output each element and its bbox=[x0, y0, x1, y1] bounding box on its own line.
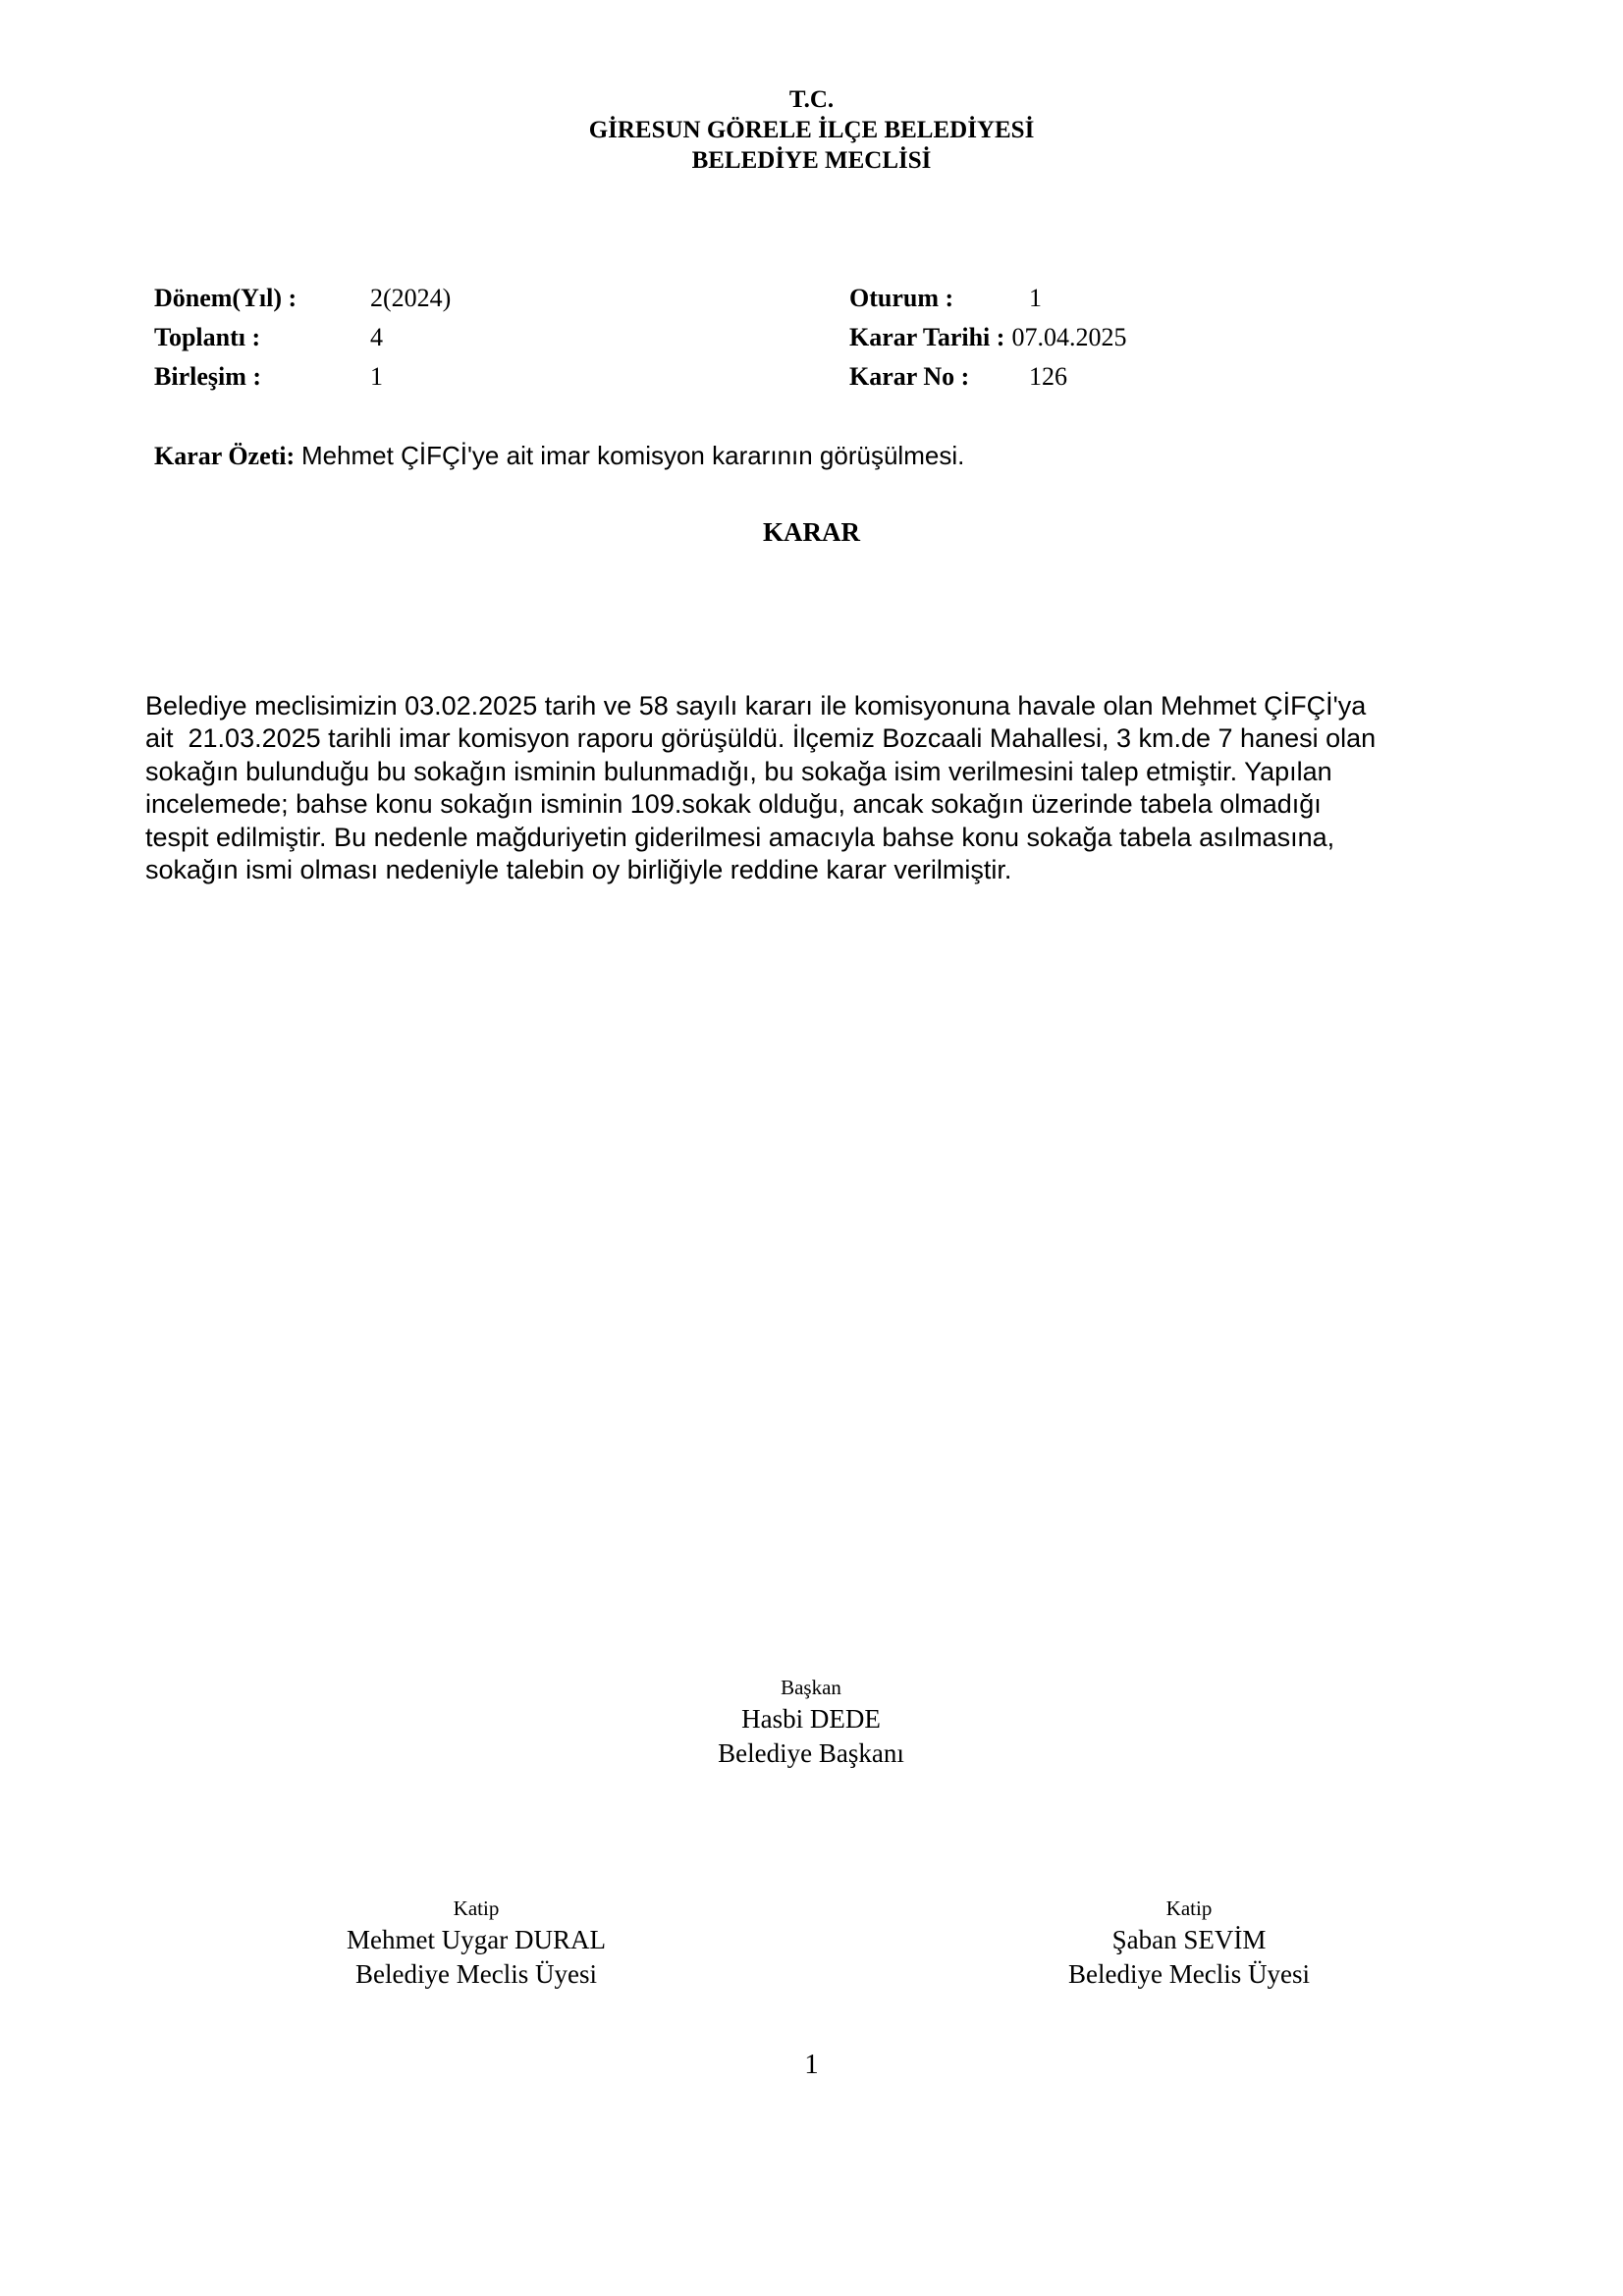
meta-value: 1 bbox=[370, 357, 383, 397]
meta-label: Birleşim : bbox=[154, 357, 370, 397]
meta-row-decision-date: Karar Tarihi : 07.04.2025 bbox=[849, 318, 1126, 357]
signature-title: Belediye Başkanı bbox=[615, 1736, 1007, 1771]
signature-role: Başkan bbox=[615, 1673, 1007, 1702]
summary-label: Karar Özeti: bbox=[154, 442, 295, 470]
body-line: incelemede; bahse konu sokağın isminin 1… bbox=[145, 788, 1520, 821]
signature-title: Belediye Meclis Üyesi bbox=[280, 1957, 673, 1992]
body-line: sokağın ismi olması nedeniyle talebin oy… bbox=[145, 854, 1520, 886]
signature-name: Şaban SEVİM bbox=[993, 1923, 1385, 1957]
page-number: 1 bbox=[0, 2047, 1623, 2082]
body-line: Belediye meclisimizin 03.02.2025 tarih v… bbox=[145, 690, 1520, 722]
decision-body: Belediye meclisimizin 03.02.2025 tarih v… bbox=[145, 690, 1520, 886]
meta-left-block: Dönem(Yıl) : 2(2024) Toplantı : 4 Birleş… bbox=[154, 279, 451, 397]
signature-name: Hasbi DEDE bbox=[615, 1702, 1007, 1736]
header-country: T.C. bbox=[0, 84, 1623, 115]
meta-label: Karar No : bbox=[849, 357, 1029, 397]
meta-value: 07.04.2025 bbox=[1011, 318, 1126, 357]
meta-label: Dönem(Yıl) : bbox=[154, 279, 370, 318]
header-council: BELEDİYE MECLİSİ bbox=[0, 145, 1623, 176]
decision-summary: Karar Özeti: Mehmet ÇİFÇİ'ye ait imar ko… bbox=[154, 438, 964, 474]
meta-row-session: Oturum : 1 bbox=[849, 279, 1126, 318]
meta-label: Toplantı : bbox=[154, 318, 370, 357]
meta-value: 2(2024) bbox=[370, 279, 451, 318]
meta-value: 4 bbox=[370, 318, 383, 357]
meta-value: 126 bbox=[1029, 357, 1067, 397]
meta-value: 1 bbox=[1029, 279, 1042, 318]
meta-row-meeting: Toplantı : 4 bbox=[154, 318, 451, 357]
meta-right-block: Oturum : 1 Karar Tarihi : 07.04.2025 Kar… bbox=[849, 279, 1126, 397]
body-line: ait 21.03.2025 tarihli imar komisyon rap… bbox=[145, 722, 1520, 755]
signature-clerk-right: Katip Şaban SEVİM Belediye Meclis Üyesi bbox=[993, 1894, 1385, 1992]
signature-name: Mehmet Uygar DURAL bbox=[280, 1923, 673, 1957]
signature-role: Katip bbox=[993, 1894, 1385, 1923]
signature-clerk-left: Katip Mehmet Uygar DURAL Belediye Meclis… bbox=[280, 1894, 673, 1992]
body-line: sokağın bulunduğu bu sokağın isminin bul… bbox=[145, 756, 1520, 788]
signature-title: Belediye Meclis Üyesi bbox=[993, 1957, 1385, 1992]
signature-role: Katip bbox=[280, 1894, 673, 1923]
meta-row-decision-number: Karar No : 126 bbox=[849, 357, 1126, 397]
document-header: T.C. GİRESUN GÖRELE İLÇE BELEDİYESİ BELE… bbox=[0, 84, 1623, 176]
summary-text: Mehmet ÇİFÇİ'ye ait imar komisyon kararı… bbox=[301, 441, 964, 470]
body-line: tespit edilmiştir. Bu nedenle mağduriyet… bbox=[145, 822, 1520, 854]
meta-label: Karar Tarihi : bbox=[849, 318, 1004, 357]
meta-row-period: Dönem(Yıl) : 2(2024) bbox=[154, 279, 451, 318]
decision-title: KARAR bbox=[0, 514, 1623, 550]
header-municipality: GİRESUN GÖRELE İLÇE BELEDİYESİ bbox=[0, 115, 1623, 145]
meta-label: Oturum : bbox=[849, 279, 1029, 318]
meta-row-session-union: Birleşim : 1 bbox=[154, 357, 451, 397]
signature-president: Başkan Hasbi DEDE Belediye Başkanı bbox=[615, 1673, 1007, 1771]
